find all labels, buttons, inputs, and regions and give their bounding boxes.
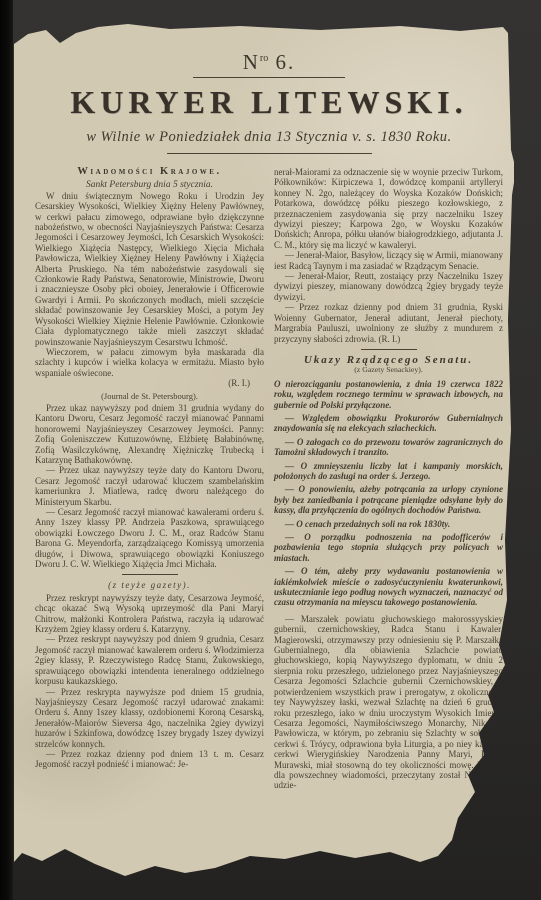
place-dateline: Sankt Petersburg dnia 5 stycznia. xyxy=(35,180,264,190)
paragraph: — Przez reskrypt naywyższy pod dniem 9 g… xyxy=(35,634,264,686)
rule-under-dateline xyxy=(167,153,372,154)
decree-item: — O porządku podnoszenia na podofficerów… xyxy=(274,532,503,563)
newspaper-page: Nro 6. KURYER LITEWSKI. w Wilnie w Ponie… xyxy=(12,20,514,876)
left-column: Wiadomości Krajowe. Sankt Petersburg dni… xyxy=(35,167,264,791)
newspaper-title: KURYER LITEWSKI. xyxy=(35,84,503,121)
issue-number: Nro 6. xyxy=(35,50,503,75)
page-content: Nro 6. KURYER LITEWSKI. w Wilnie w Ponie… xyxy=(12,20,514,791)
issue-superscript: ro xyxy=(260,53,268,64)
paragraph: — Przez ukaz naywyższy teyże daty do Kan… xyxy=(35,465,264,507)
decree-item: — O ponowieniu, ażeby potrącania za urlo… xyxy=(274,484,503,515)
binding-spine-shadow xyxy=(0,0,13,900)
decree-item: — O tém, ażeby przy wydawaniu postanowie… xyxy=(274,566,503,608)
two-column-layout: Wiadomości Krajowe. Sankt Petersburg dni… xyxy=(35,167,503,791)
decree-item: — O cenach przedażnych soli na rok 1830t… xyxy=(274,519,503,529)
paragraph: — Przez reskrypta naywyższe pod dniem 15… xyxy=(35,687,264,749)
section-title-senate-decrees: Ukazy Rządzącego Senatu. xyxy=(274,355,503,365)
issue-prefix: N xyxy=(243,50,260,74)
section-divider-rule xyxy=(122,574,178,575)
decree-item: O nierozciąganiu postanowienia, z dnia 1… xyxy=(274,379,503,410)
same-gazette-note: (z teyże gazety). xyxy=(35,580,264,590)
paragraph: — Przez rozkaz dzienny pod dniem 31 grud… xyxy=(274,302,503,344)
scanned-newspaper-photo: Nro 6. KURYER LITEWSKI. w Wilnie w Ponie… xyxy=(0,0,541,900)
paragraph: — Marszałek powiatu głuchowskiego małoro… xyxy=(274,614,503,791)
rule-under-issue xyxy=(193,77,345,78)
paragraph: Przez reskrypt naywyższy teyże daty, Ces… xyxy=(35,593,264,635)
paragraph: — Jenerał-Maior, Basyłow, liczący się w … xyxy=(274,250,503,271)
senate-gazette-source: (z Gazety Senackiey). xyxy=(274,365,503,375)
right-column: nerał-Maiorami za odznaczenie się w woyn… xyxy=(274,167,503,791)
paragraph: — Przez rozkaz dzienny pod dniem 13 t. m… xyxy=(35,749,264,770)
section-title-domestic-news: Wiadomości Krajowe. xyxy=(35,167,264,177)
section-divider-rule xyxy=(361,349,417,350)
journal-credit: (Journal de St. Petersbourg). xyxy=(35,391,264,401)
publication-dateline: w Wilnie w Poniedziałek dnia 13 Stycznia… xyxy=(35,129,503,146)
paragraph: — Jenerał-Maior, Reutt, zostaiący przy N… xyxy=(274,271,503,302)
decree-item: — O załogach co do przewozu towarów zagr… xyxy=(274,437,503,458)
paragraph: W dniu świątecznym Nowego Roku i Urodzin… xyxy=(35,191,264,347)
decree-item: — O zmnieyszeniu liczby lat i kampaniy m… xyxy=(274,461,503,482)
paragraph-continuation: nerał-Maiorami za odznaczenie się w woyn… xyxy=(274,167,503,250)
paragraph: Przez ukaz naywyższy pod dniem 31 grudni… xyxy=(35,403,264,465)
correspondent-signature: (R. I.) xyxy=(35,378,264,388)
paragraph: — Cesarz Jegomość raczył mianować kawale… xyxy=(35,507,264,569)
paragraph: Wieczorem, w pałacu zimowym była maskara… xyxy=(35,347,264,378)
decree-item: — Względem obowiązku Prokurorów Gubernia… xyxy=(274,413,503,434)
issue-num: 6. xyxy=(268,50,295,74)
